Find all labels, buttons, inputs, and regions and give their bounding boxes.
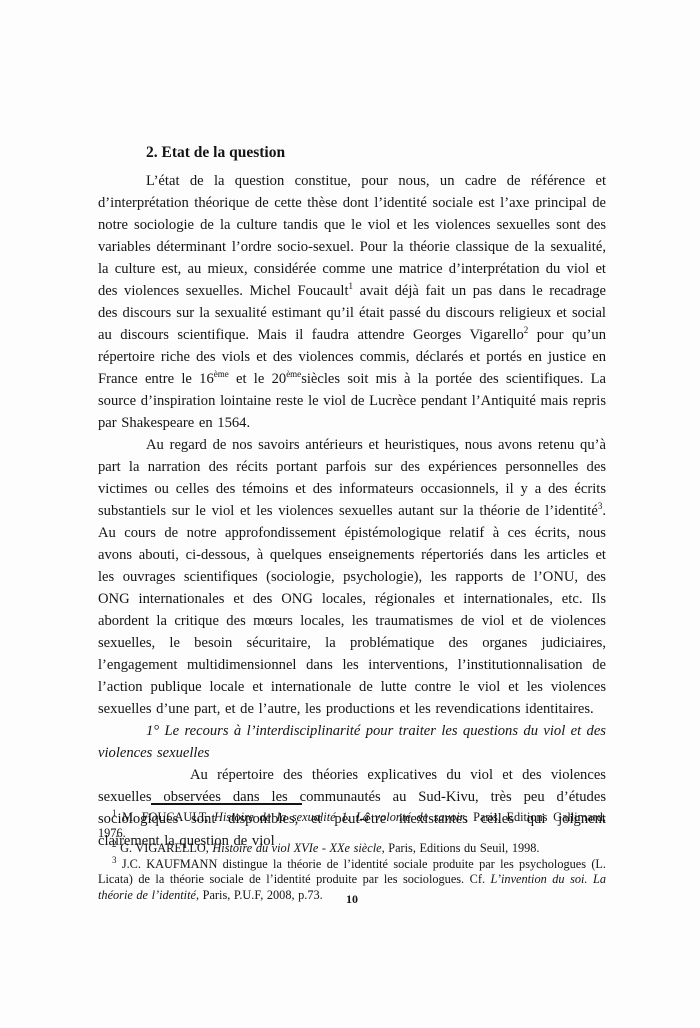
document-page: 2. Etat de la question L’état de la ques… [0,0,700,1028]
footnotes-section: 1 M. FOUCAULT, Histoire de la sexualité … [98,803,606,903]
section-heading: 2. Etat de la question [98,142,606,164]
page-content: 2. Etat de la question L’état de la ques… [98,142,606,852]
footnote-separator-rule [151,803,302,805]
page-number: 10 [98,892,606,907]
paragraph-savoirs-anterieurs: Au regard de nos savoirs antérieurs et h… [98,434,606,720]
footnote-1: 1 M. FOUCAULT, Histoire de la sexualité … [98,810,606,841]
subheading-interdisciplinarite: 1° Le recours à l’interdisciplinarité po… [98,720,606,764]
footnote-2: 2 G. VIGARELLO, Histoire du viol XVIe - … [98,841,606,857]
paragraph-intro: L’état de la question constitue, pour no… [98,170,606,434]
